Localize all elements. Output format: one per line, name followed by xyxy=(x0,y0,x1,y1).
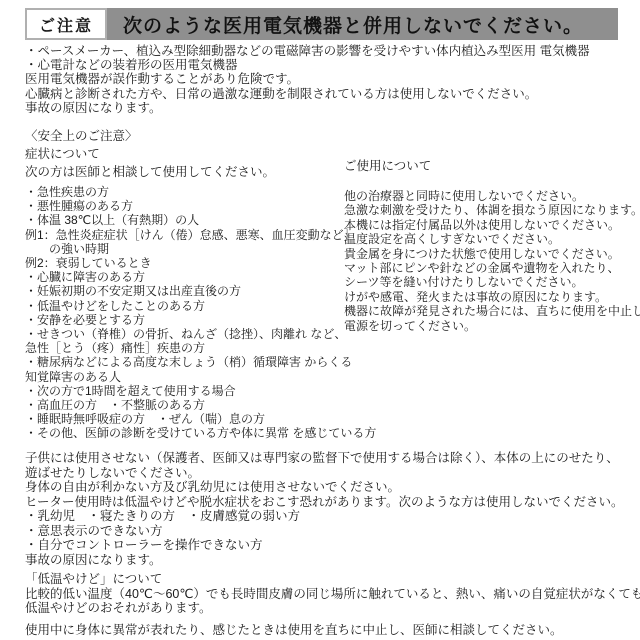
intro-paragraph: ・ペースメーカー、植込み型除細動器などの電磁障害の影響を受けやすい体内植込み型医… xyxy=(25,44,590,115)
text-line: 知覚障害のある人 xyxy=(25,370,345,384)
text-line: ・急性疾患の方 xyxy=(25,185,345,199)
text-line: 子供には使用させない（保護者、医師又は専門家の監督下で使用する場合は除く）、本体… xyxy=(25,451,624,466)
text-line: 例2：衰弱しているとき xyxy=(25,256,345,270)
text-line: 温度設定を高くしすぎないでください。 xyxy=(344,232,629,246)
low-temp-burn-lines: 比較的低い温度（40℃～60℃）でも長時間皮膚の同じ場所に触れていると、熱い、痛… xyxy=(25,587,640,616)
page: ご注意 次のような医用電気機器と併用しないでください。 ・ペースメーカー、植込み… xyxy=(0,0,640,640)
text-line: ・心臓に障害のある方 xyxy=(25,270,345,284)
text-line: ヒーター使用時は低温やけどや脱水症状をおこす恐れがあります。次のような方は使用し… xyxy=(25,495,624,510)
safety-heading: 〈安全上のご注意〉 xyxy=(25,127,345,145)
text-line: 比較的低い温度（40℃～60℃）でも長時間皮膚の同じ場所に触れていると、熱い、痛… xyxy=(25,587,640,602)
symptoms-headings: 〈安全上のご注意〉 症状について 次の方は医師と相談して使用してください。 xyxy=(25,127,345,181)
usage-section: ご使用について 他の治療器と同時に使用しないでください。急激な刺激を受けたり、体… xyxy=(344,158,629,333)
children-section: 子供には使用させない（保護者、医師又は専門家の監督下で使用する場合は除く）、本体… xyxy=(25,451,624,567)
text-line: 本機には指定付属品以外は使用しないでください。 xyxy=(344,218,629,232)
text-line: 遊ばせたりしないでください。 xyxy=(25,466,624,481)
text-line: シーツ等を縫い付けたりしないでください。 xyxy=(344,275,629,289)
low-temp-burn-heading: 「低温やけど」について xyxy=(25,572,640,587)
text-line: 事故の原因になります。 xyxy=(25,101,590,115)
usage-heading: ご使用について xyxy=(344,158,629,174)
text-line: ・ペースメーカー、植込み型除細動器などの電磁障害の影響を受けやすい体内植込み型医… xyxy=(25,44,590,58)
text-line: ・妊娠初期の不安定期又は出産直後の方 xyxy=(25,284,345,298)
text-line: ・高血圧の方 ・不整脈のある方 xyxy=(25,398,345,412)
caution-header: ご注意 次のような医用電気機器と併用しないでください。 xyxy=(25,8,618,40)
text-line: ・安静を必要とする方 xyxy=(25,313,345,327)
header-bar: 次のような医用電気機器と併用しないでください。 xyxy=(107,8,618,40)
text-line: ・悪性腫瘍のある方 xyxy=(25,199,345,213)
text-line: 貴金属を身につけた状態で使用しないでください。 xyxy=(344,247,629,261)
text-line: ・その他、医師の診断を受けている方や体に異常 を感じている方 xyxy=(25,426,345,440)
caution-badge: ご注意 xyxy=(25,8,107,40)
footer-note: 使用中に身体に異常が表れたり、感じたときは使用を直ちに中止し、医師に相談してくだ… xyxy=(25,623,563,638)
text-line: ・意思表示のできない方 xyxy=(25,524,624,539)
text-line: 医用電気機器が誤作動することがあり危険です。 xyxy=(25,72,590,86)
text-line: ・自分でコントローラーを操作できない方 xyxy=(25,538,624,553)
text-line: 他の治療器と同時に使用しないでください。 xyxy=(344,189,629,203)
text-line: ・糖尿病などによる高度な末しょう（梢）循環障害 からくる xyxy=(25,355,345,369)
text-line: 急激な刺激を受けたり、体調を損なう原因になります。 xyxy=(344,203,629,217)
text-line: の強い時期 xyxy=(25,242,345,256)
text-line: 例1：急性炎症症状［けん（倦）怠感、悪寒、血圧変動など］ xyxy=(25,228,345,242)
text-line: 急性［とう（疼）痛性］疾患の方 xyxy=(25,341,345,355)
low-temp-burn-section: 「低温やけど」について 比較的低い温度（40℃～60℃）でも長時間皮膚の同じ場所… xyxy=(25,572,640,616)
text-line: 電源を切ってください。 xyxy=(344,319,629,333)
symptoms-lead: 次の方は医師と相談して使用してください。 xyxy=(25,163,345,181)
text-line: けがや感電、発火または事故の原因になります。 xyxy=(344,290,629,304)
text-line: マット部にピンや針などの金属や遺物を入れたり、 xyxy=(344,261,629,275)
symptoms-subheading: 症状について xyxy=(25,145,345,163)
text-line: ・せきつい（脊椎）の骨折、ねんざ（捻挫）、肉離れ など、 xyxy=(25,327,345,341)
text-line: ・低温やけどをしたことのある方 xyxy=(25,299,345,313)
usage-list: 他の治療器と同時に使用しないでください。急激な刺激を受けたり、体調を損なう原因に… xyxy=(344,189,629,333)
text-line: ・体温 38℃以上（有熱期）の人 xyxy=(25,213,345,227)
text-line: 心臓病と診断された方や、日常の過激な運動を制限されている方は使用しないでください… xyxy=(25,87,590,101)
text-line: 事故の原因になります。 xyxy=(25,553,624,568)
text-line: 機器に故障が発見された場合には、直ちに使用を中止して xyxy=(344,304,629,318)
text-line: 身体の自由が利かない方及び乳幼児には使用させないでください。 xyxy=(25,480,624,495)
symptoms-section: 〈安全上のご注意〉 症状について 次の方は医師と相談して使用してください。 ・急… xyxy=(25,127,345,441)
text-line: ・乳幼児 ・寝たきりの方 ・皮膚感覚の弱い方 xyxy=(25,509,624,524)
text-line: ・睡眠時無呼吸症の方 ・ぜん（喘）息の方 xyxy=(25,412,345,426)
symptoms-list: ・急性疾患の方・悪性腫瘍のある方・体温 38℃以上（有熱期）の人例1：急性炎症症… xyxy=(25,185,345,441)
text-line: ・次の方で1時間を超えて使用する場合 xyxy=(25,384,345,398)
text-line: ・心電計などの装着形の医用電気機器 xyxy=(25,58,590,72)
header-title: 次のような医用電気機器と併用しないでください。 xyxy=(107,11,583,38)
text-line: 低温やけどのおそれがあります。 xyxy=(25,601,640,616)
